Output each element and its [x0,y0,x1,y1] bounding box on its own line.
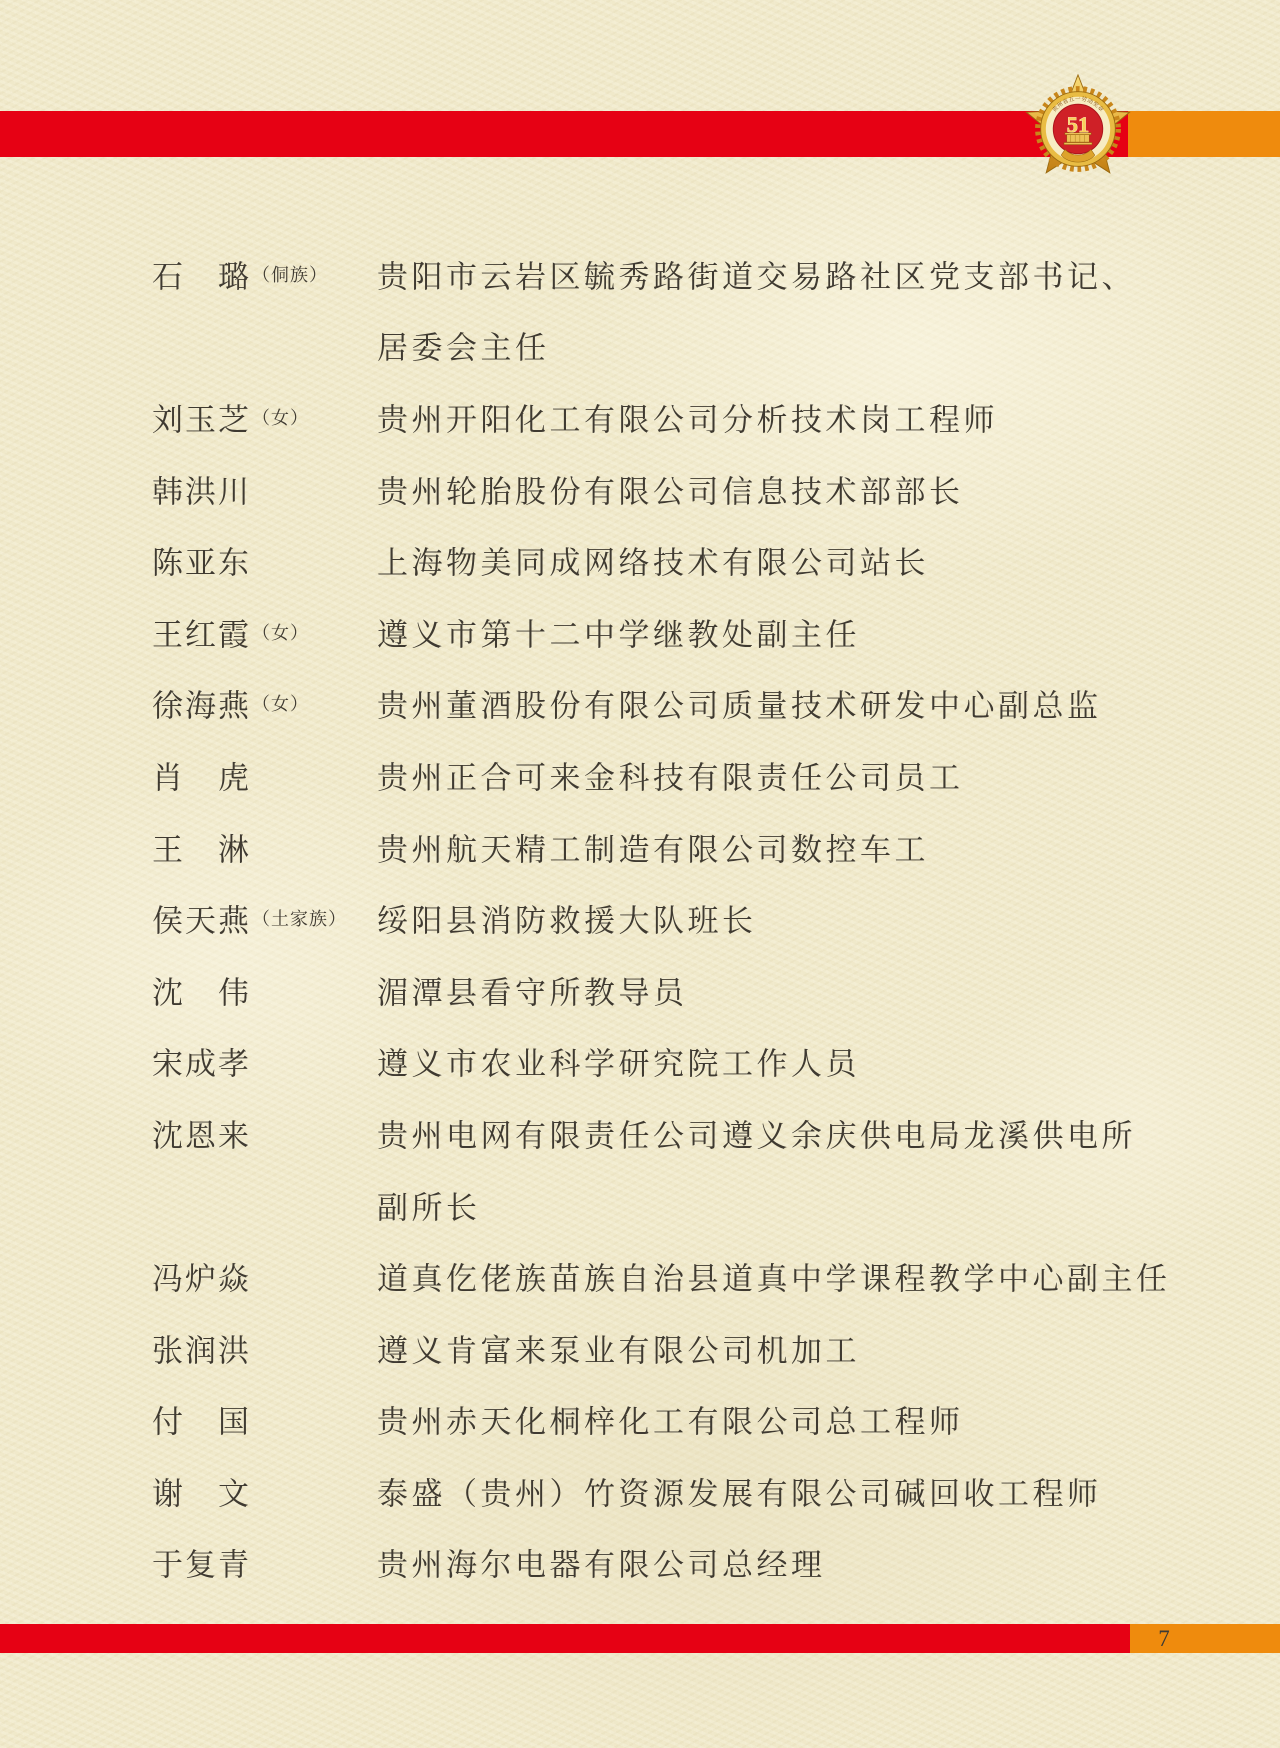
entry-name: 陈亚东 [152,538,251,583]
entry-description: 遵义市农业科学研究院工作人员 [377,1039,860,1084]
entry-row: 陈亚东 上海物美同成网络技术有限公司站长 [0,524,1280,596]
entry-row: 石 璐 （侗族） 贵阳市云岩区毓秀路街道交易路社区党支部书记、 [0,238,1280,310]
entry-description: 贵州海尔电器有限公司总经理 [377,1540,826,1585]
entry-name: 张润洪 [152,1325,251,1370]
entry-name: 冯炉焱 [152,1254,251,1299]
entry-name: 宋成孝 [152,1039,251,1084]
header-band-red [0,111,1128,157]
entry-name: 沈 伟 [152,967,251,1012]
entry-annotation: （女） [252,619,309,645]
entry-description: 贵州赤天化桐梓化工有限公司总工程师 [377,1397,964,1442]
entry-row: 王红霞 （女） 遵义市第十二中学继教处副主任 [0,596,1280,668]
entry-description: 贵阳市云岩区毓秀路街道交易路社区党支部书记、 [377,251,1136,296]
entry-row: 沈恩来 贵州电网有限责任公司遵义余庆供电局龙溪供电所 [0,1097,1280,1169]
entry-row: 韩洪川 贵州轮胎股份有限公司信息技术部部长 [0,453,1280,525]
entry-row: 冯炉焱 道真仡佬族苗族自治县道真中学课程教学中心副主任 [0,1240,1280,1312]
entry-row: 于复青 贵州海尔电器有限公司总经理 [0,1527,1280,1599]
entry-description: 绥阳县消防救援大队班长 [377,896,757,941]
document-page: 贵州省五一劳动奖章 51 石 璐 （侗族） 贵阳市云岩区毓秀路街道交易路社区党支… [0,0,1280,1748]
entry-description: 贵州航天精工制造有限公司数控车工 [377,824,929,869]
entry-description: 遵义市第十二中学继教处副主任 [377,609,860,654]
award-list: 石 璐 （侗族） 贵阳市云岩区毓秀路街道交易路社区党支部书记、 居委会主任 刘玉… [0,238,1280,1598]
entry-description: 道真仡佬族苗族自治县道真中学课程教学中心副主任 [377,1254,1171,1299]
entry-name: 王红霞 [152,609,251,654]
entry-name: 沈恩来 [152,1110,251,1155]
entry-row: 徐海燕 （女） 贵州董酒股份有限公司质量技术研发中心副总监 [0,668,1280,740]
entry-row: 付 国 贵州赤天化桐梓化工有限公司总工程师 [0,1384,1280,1456]
entry-row: 宋成孝 遵义市农业科学研究院工作人员 [0,1026,1280,1098]
entry-name: 王 淋 [152,824,251,869]
entry-description: 贵州董酒股份有限公司质量技术研发中心副总监 [377,681,1102,726]
entry-name: 石 璐 [152,251,251,296]
entry-annotation: （侗族） [252,261,328,287]
page-number: 7 [1144,1624,1184,1653]
entry-name: 侯天燕 [152,896,251,941]
medal-building [1064,133,1092,145]
entry-row: 张润洪 遵义肯富来泵业有限公司机加工 [0,1312,1280,1384]
entry-description: 贵州电网有限责任公司遵义余庆供电局龙溪供电所 [377,1110,1136,1155]
entry-name: 付 国 [152,1397,251,1442]
entry-row: 谢 文 泰盛（贵州）竹资源发展有限公司碱回收工程师 [0,1455,1280,1527]
entry-description: 贵州开阳化工有限公司分析技术岗工程师 [377,394,998,439]
entry-row: 居委会主任 [0,310,1280,382]
entry-row: 沈 伟 湄潭县看守所教导员 [0,954,1280,1026]
entry-description: 贵州轮胎股份有限公司信息技术部部长 [377,466,964,511]
entry-row: 肖 虎 贵州正合可来金科技有限责任公司员工 [0,739,1280,811]
entry-description: 泰盛（贵州）竹资源发展有限公司碱回收工程师 [377,1468,1102,1513]
entry-name: 徐海燕 [152,681,251,726]
entry-description: 副所长 [377,1182,481,1227]
entry-annotation: （女） [252,404,309,430]
entry-description: 遵义肯富来泵业有限公司机加工 [377,1325,860,1370]
entry-name: 于复青 [152,1540,251,1585]
entry-name: 刘玉芝 [152,394,251,439]
entry-row: 副所长 [0,1169,1280,1241]
entry-description: 贵州正合可来金科技有限责任公司员工 [377,752,964,797]
header-band-orange [1128,111,1280,157]
entry-description: 居委会主任 [377,323,550,368]
footer-band-red [0,1624,1130,1653]
entry-row: 刘玉芝 （女） 贵州开阳化工有限公司分析技术岗工程师 [0,381,1280,453]
labor-medal-icon: 贵州省五一劳动奖章 51 [1022,73,1134,185]
entry-description: 湄潭县看守所教导员 [377,967,688,1012]
entry-annotation: （土家族） [252,905,347,931]
entry-name: 肖 虎 [152,752,251,797]
entry-annotation: （女） [252,690,309,716]
entry-name: 谢 文 [152,1468,251,1513]
entry-row: 王 淋 贵州航天精工制造有限公司数控车工 [0,811,1280,883]
entry-description: 上海物美同成网络技术有限公司站长 [377,538,929,583]
entry-row: 侯天燕 （土家族） 绥阳县消防救援大队班长 [0,882,1280,954]
entry-name: 韩洪川 [152,466,251,511]
